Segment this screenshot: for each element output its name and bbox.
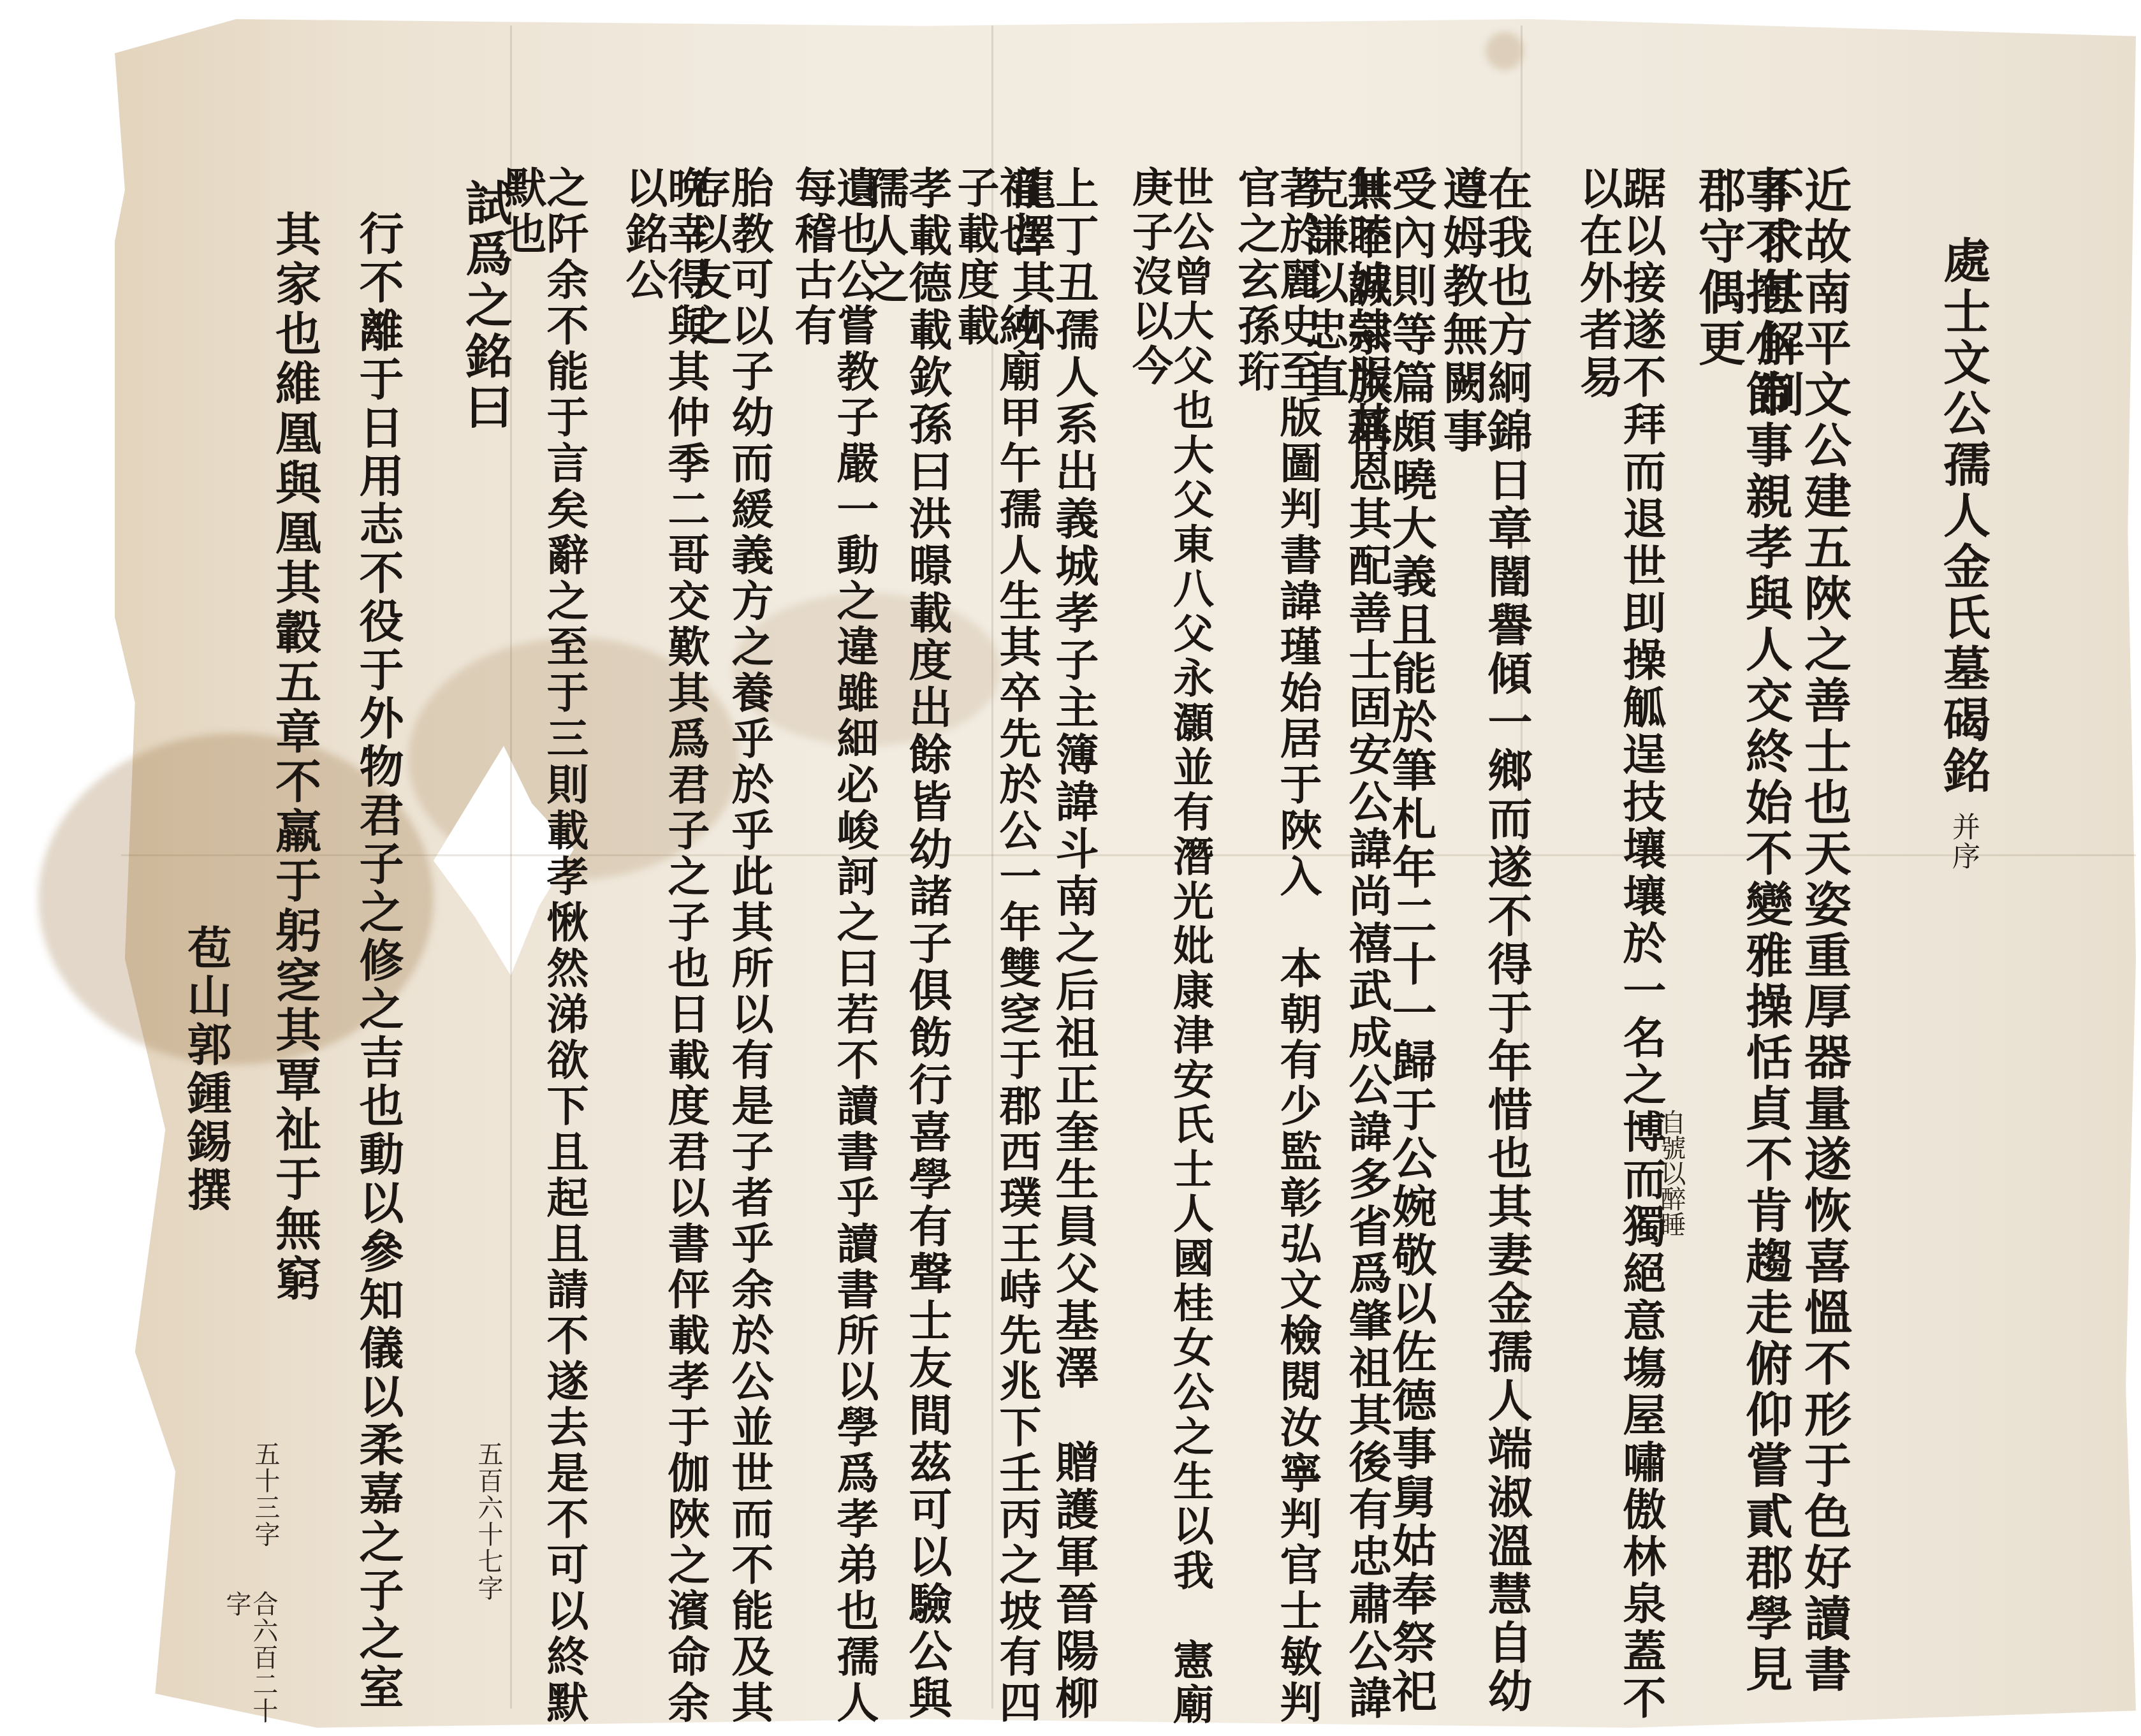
preface-count-note: 五百六十七字 bbox=[475, 1441, 502, 1601]
document-title: 處士文公孺人金氏墓碣銘并序 bbox=[1940, 236, 1987, 871]
total-count-note: 合六百二十字 bbox=[223, 1591, 277, 1736]
text-column-4: 在我也方絅錦日章闇譽傾一鄉而遂不得于年惜也其妻金孺人端淑溫慧自幼遵姆教無闕事 bbox=[1440, 166, 1529, 1736]
author-signature: 苞山郭鍾錫撰 bbox=[184, 924, 228, 1215]
text-column-14: 晩幸得與其仲季二哥交歎其爲君子之子也日載度君以書伻載孝于伽陜之濱命余以銘公 bbox=[622, 166, 706, 1736]
inscription-count-note: 五十三字 bbox=[252, 1441, 279, 1548]
text-column-2: 事不拘小節事親孝與人交終始不變雅操恬貞不肯趨走俯仰嘗貳郡學見郡守偶更 bbox=[1695, 166, 1789, 1736]
title-suffix: 并序 bbox=[1947, 812, 1980, 871]
text-column-10: 祖也 純廟甲午孺人生其卒先於公一年雙窆于郡西璞王峙先兆下壬丙之坡有四子載度載 bbox=[954, 166, 1038, 1736]
text-column-12: 遺也公嘗教子嚴一動之違雖細必峻訶之曰若不讀書乎讀書所以學爲孝弟也孺人每稽古有 bbox=[791, 166, 875, 1736]
inscription-column-1: 行不離于日用志不役于外物君子之修之吉也動以參知儀以柔嘉之子之室 bbox=[356, 210, 400, 1712]
text-column-7: 著於麗史至版圖判書諱瑾始居于陜入 本朝有少監彰弘文檢閱汝寧判官士敏判官之玄孫珩 bbox=[1234, 166, 1319, 1736]
title-text: 處士文公孺人金氏墓碣銘 bbox=[1936, 236, 1991, 797]
water-stain bbox=[1486, 32, 1524, 70]
text-column-3: 踞以接遂不拜而退世刞操觚逞技壤壤於一名之博而獨絕意塲屋嘯傲林泉蓋不以在外者易 bbox=[1576, 166, 1663, 1736]
inscription-intro: 試爲之銘曰 bbox=[462, 179, 509, 434]
text-column-15: 之阡余不能于言矣辭之至于三則載孝愀然涕欲下且起且請不遂去是不可以終默默也 bbox=[501, 166, 585, 1736]
inscription-column-2: 其家也維凰與凰其轂五章不羸于躬窆其覃祉于無窮 bbox=[272, 210, 318, 1304]
interlinear-note: 自號以醉睡 bbox=[1658, 1109, 1684, 1237]
text-column-8: 世公曾大父也大父東八父永灝並有潛光妣康津安氏士人國桂女公之生以我 憲廟庚子沒以今 bbox=[1129, 166, 1210, 1736]
